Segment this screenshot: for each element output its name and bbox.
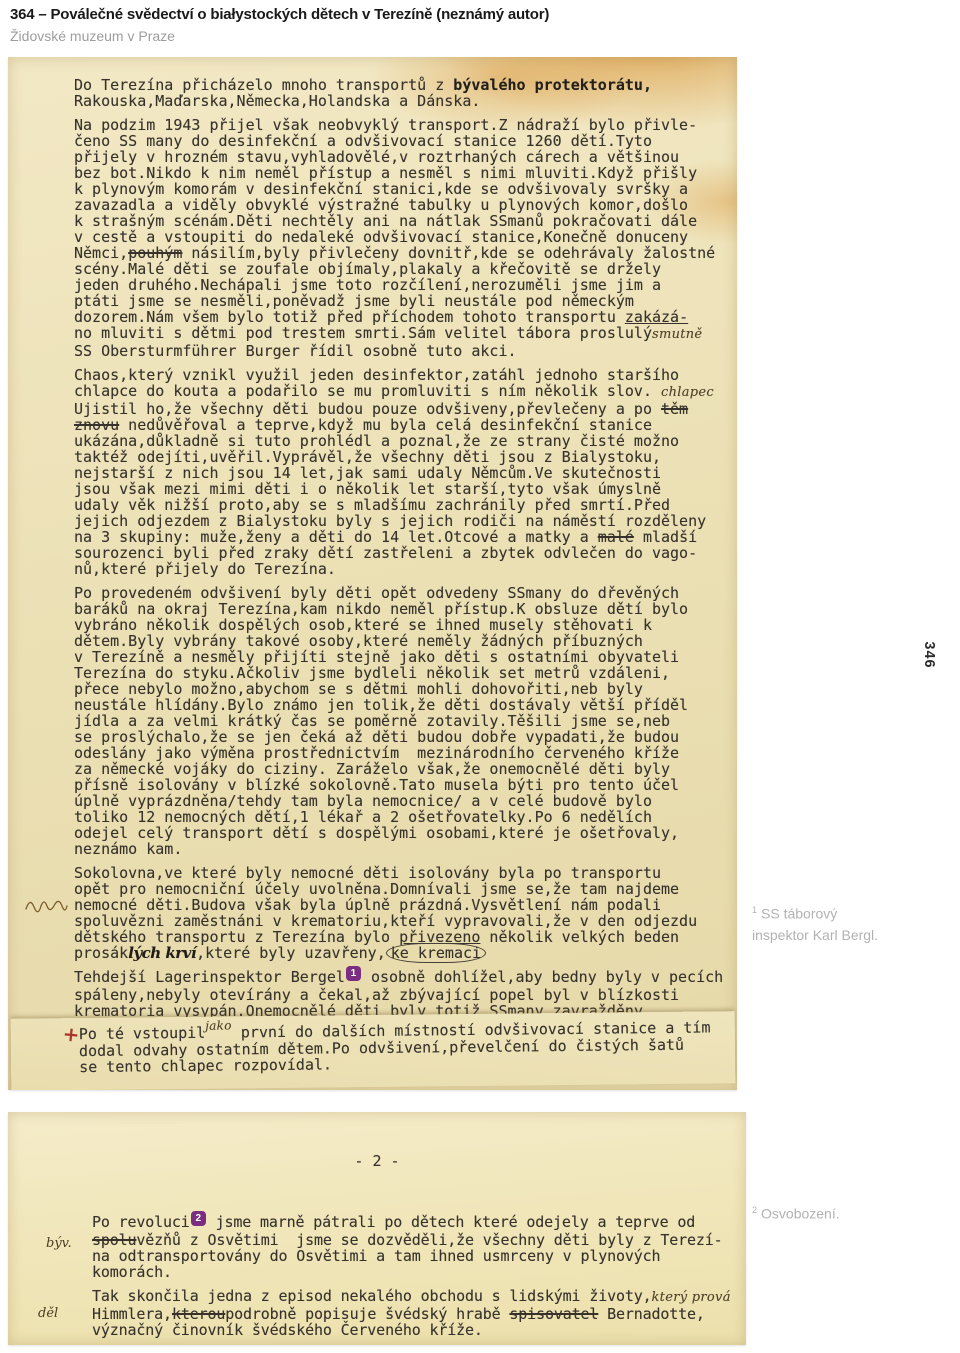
text-segment: Tehdejší Lagerinspektor Bergel	[74, 968, 345, 986]
typewritten-text-block: Po revoluci2 jsme marně pátrali po dětec…	[92, 1214, 742, 1345]
footnote-ref-badge[interactable]: 2	[191, 1211, 206, 1226]
typewritten-paragraph: Tak skončila jedna z episod nekalého obc…	[92, 1288, 742, 1338]
typewritten-paragraph: Sokolovna,ve které byly nemocné děti iso…	[74, 865, 731, 961]
text-segment: ,které byly uzavřeny,	[196, 944, 386, 962]
text-segment: nedůvěřoval a teprve,když mu byla celá d…	[74, 416, 706, 546]
text-segment: smutně	[652, 327, 702, 342]
typewritten-paragraph: Po revoluci2 jsme marně pátrali po dětec…	[92, 1214, 742, 1280]
footnote-1-marker: 1	[752, 905, 757, 915]
text-segment: ke kremaci	[386, 943, 486, 963]
text-segment: spisovatel	[509, 1305, 598, 1323]
text-segment: Rakouska,Maďarska,Německa,Holandska a Dá…	[74, 92, 480, 110]
text-segment: chlapec	[661, 385, 714, 400]
typewritten-paragraph: Na podzim 1943 přijel však neobvyklý tra…	[74, 117, 731, 359]
page: { "header": { "title": "364 – Poválečné …	[0, 0, 960, 1353]
footnote-2-text: Osvobození.	[761, 1206, 840, 1222]
handwritten-scribble	[24, 895, 68, 915]
rotated-page-number: 346	[914, 636, 944, 674]
footnote-1: 1SS táborový inspektor Karl Bergl.	[752, 900, 892, 946]
text-segment: jako	[205, 1018, 232, 1032]
text-segment: lých krví	[128, 944, 196, 962]
typewritten-text-block: Do Terezína přicházelo mnoho transportů …	[74, 77, 731, 1043]
text-segment: který prová	[652, 1290, 731, 1305]
text-segment: těm	[661, 400, 688, 418]
text-segment: no mluviti s dětmi pod trestem smrti.Sám…	[74, 324, 652, 342]
typewritten-paragraph: Po provedeném odvšivení byly děti opět o…	[74, 585, 731, 857]
slip-text-block: Po té vstoupiljako první do dalších míst…	[79, 1019, 735, 1075]
text-segment: Po revoluci	[92, 1213, 190, 1231]
handwritten-note-byv: býv.	[46, 1236, 72, 1251]
footnote-1-text: SS táborový inspektor Karl Bergl.	[752, 906, 878, 943]
text-segment: Chaos,který vznikl využil jeden desinfek…	[74, 366, 679, 400]
text-segment: Na podzim 1943 přijel však neobvyklý tra…	[74, 116, 697, 262]
scanned-page-1: Do Terezína přicházelo mnoho transportů …	[8, 57, 737, 1090]
typewritten-paragraph: Po té vstoupiljako první do dalších míst…	[79, 1019, 735, 1075]
document-title: 364 – Poválečné svědectví o białystockýc…	[10, 6, 830, 23]
text-segment: vězňů z Osvětimi jsme se dozvěděli,že vš…	[92, 1231, 723, 1281]
text-segment: bývalého protektorátu,	[453, 76, 652, 94]
typewritten-paragraph: Chaos,který vznikl využil jeden desinfek…	[74, 367, 731, 577]
text-segment: Tak skončila jedna z episod nekalého obc…	[92, 1287, 652, 1305]
scanned-page-2: - 2 - býv. děl Po revoluci2 jsme marně p…	[8, 1112, 746, 1345]
footnote-2: 2Osvobození.	[752, 1200, 892, 1225]
text-segment: Po provedeném odvšivení byly děti opět o…	[74, 584, 688, 858]
footnote-ref-badge[interactable]: 1	[346, 966, 361, 981]
typewritten-paragraph: Do Terezína přicházelo mnoho transportů …	[74, 77, 731, 109]
institution-name: Židovské muzeum v Praze	[10, 28, 175, 44]
text-segment: jsme marně pátrali po dětech které odeje…	[207, 1213, 695, 1231]
handwritten-note-del: děl	[38, 1306, 58, 1321]
scan-page-number: - 2 -	[8, 1152, 746, 1170]
text-segment: SS Obersturmführer Burger řídil osobně t…	[74, 342, 517, 360]
footnote-2-marker: 2	[752, 1205, 757, 1215]
attached-paper-slip: + Po té vstoupiljako první do dalších mí…	[11, 1011, 736, 1090]
red-cross-mark: +	[62, 1021, 81, 1046]
